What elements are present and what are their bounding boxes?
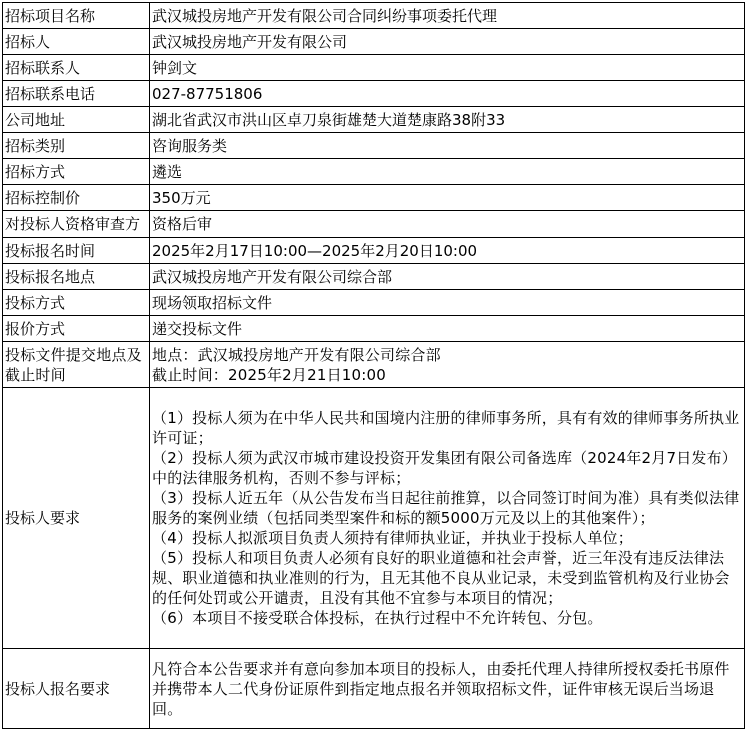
- row-value: （1）投标人须为在中华人民共和国境内注册的律师事务所，具有有效的律师事务所执业许…: [150, 388, 745, 649]
- table-row-registration-time: 投标报名时间 2025年2月17日10:00—2025年2月20日10:00: [3, 238, 745, 264]
- row-value: 武汉城投房地产开发有限公司综合部: [150, 264, 745, 290]
- table-row-registration-requirements: 投标人报名要求 凡符合本公告要求并有意向参加本项目的投标人，由委托代理人持律所授…: [3, 649, 745, 729]
- row-label: 投标人报名要求: [3, 649, 150, 729]
- submission-location: 地点：武汉城投房地产开发有限公司综合部: [152, 345, 742, 365]
- table-row-project-name: 招标项目名称 武汉城投房地产开发有限公司合同纠纷事项委托代理: [3, 3, 745, 29]
- row-value: 遴选: [150, 159, 745, 185]
- row-value: 2025年2月17日10:00—2025年2月20日10:00: [150, 238, 745, 264]
- tender-info-table: 招标项目名称 武汉城投房地产开发有限公司合同纠纷事项委托代理 招标人 武汉城投房…: [2, 2, 745, 729]
- table-row-bid-method: 投标方式 现场领取招标文件: [3, 290, 745, 316]
- row-label: 投标方式: [3, 290, 150, 316]
- requirement-item: （5）投标人和项目负责人必须有良好的职业道德和社会声誉，近三年没有违反法律法规、…: [152, 548, 742, 608]
- table-row-tenderer: 招标人 武汉城投房地产开发有限公司: [3, 29, 745, 55]
- row-label: 投标文件提交地点及截止时间: [3, 342, 150, 388]
- table-row-company-address: 公司地址 湖北省武汉市洪山区卓刀泉街雄楚大道楚康路38附33: [3, 107, 745, 133]
- table-row-tender-category: 招标类别 咨询服务类: [3, 133, 745, 159]
- row-value: 钟剑文: [150, 55, 745, 81]
- requirement-item: （4）投标人拟派项目负责人须持有律师执业证，并执业于投标人单位；: [152, 528, 742, 548]
- table-row-submission: 投标文件提交地点及截止时间 地点：武汉城投房地产开发有限公司综合部 截止时间：2…: [3, 342, 745, 388]
- row-value: 武汉城投房地产开发有限公司合同纠纷事项委托代理: [150, 3, 745, 29]
- row-label: 招标控制价: [3, 185, 150, 211]
- row-label: 招标人: [3, 29, 150, 55]
- row-value: 地点：武汉城投房地产开发有限公司综合部 截止时间：2025年2月21日10:00: [150, 342, 745, 388]
- row-label-text: 对投标人资格审查方式: [5, 214, 147, 234]
- submission-deadline: 截止时间：2025年2月21日10:00: [152, 365, 742, 385]
- row-label: 招标类别: [3, 133, 150, 159]
- table-row-contact-person: 招标联系人 钟剑文: [3, 55, 745, 81]
- row-label: 投标报名地点: [3, 264, 150, 290]
- table-row-bidder-requirements: 投标人要求 （1）投标人须为在中华人民共和国境内注册的律师事务所，具有有效的律师…: [3, 388, 745, 649]
- row-value: 武汉城投房地产开发有限公司: [150, 29, 745, 55]
- table-row-tender-method: 招标方式 遴选: [3, 159, 745, 185]
- row-value: 湖北省武汉市洪山区卓刀泉街雄楚大道楚康路38附33: [150, 107, 745, 133]
- table-row-registration-location: 投标报名地点 武汉城投房地产开发有限公司综合部: [3, 264, 745, 290]
- row-label: 招标联系电话: [3, 81, 150, 107]
- table-row-control-price: 招标控制价 350万元: [3, 185, 745, 211]
- row-value: 咨询服务类: [150, 133, 745, 159]
- row-value: 350万元: [150, 185, 745, 211]
- row-label: 公司地址: [3, 107, 150, 133]
- table-row-contact-phone: 招标联系电话 027-87751806: [3, 81, 745, 107]
- row-value: 递交投标文件: [150, 316, 745, 342]
- row-value: 现场领取招标文件: [150, 290, 745, 316]
- row-label: 招标方式: [3, 159, 150, 185]
- requirement-item: （2）投标人须为武汉市城市建设投资开发集团有限公司备选库（2024年2月7日发布…: [152, 448, 742, 488]
- table-row-quotation-method: 报价方式 递交投标文件: [3, 316, 745, 342]
- requirement-item: （3）投标人近五年（从公告发布当日起往前推算，以合同签订时间为准）具有类似法律服…: [152, 488, 742, 528]
- requirement-item: （6）本项目不接受联合体投标，在执行过程中不允许转包、分包。: [152, 608, 742, 628]
- row-value: 027-87751806: [150, 81, 745, 107]
- row-value: 资格后审: [150, 211, 745, 238]
- table-row-qualification-review: 对投标人资格审查方式 资格后审: [3, 211, 745, 238]
- row-label: 投标报名时间: [3, 238, 150, 264]
- row-label: 投标人要求: [3, 388, 150, 649]
- row-label: 对投标人资格审查方式: [3, 211, 150, 238]
- row-label: 招标联系人: [3, 55, 150, 81]
- requirement-item: （1）投标人须为在中华人民共和国境内注册的律师事务所，具有有效的律师事务所执业许…: [152, 408, 742, 448]
- row-label: 招标项目名称: [3, 3, 150, 29]
- row-value: 凡符合本公告要求并有意向参加本项目的投标人，由委托代理人持律所授权委托书原件并携…: [150, 649, 745, 729]
- row-label: 报价方式: [3, 316, 150, 342]
